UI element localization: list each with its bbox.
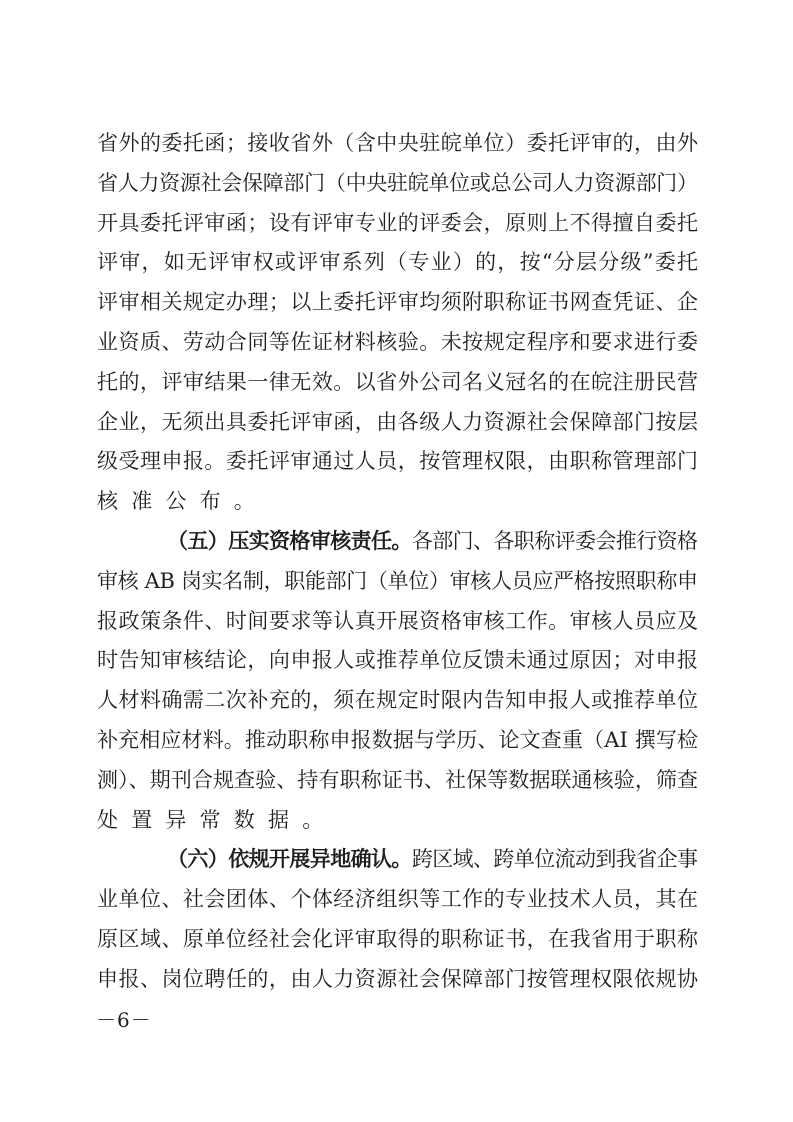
text-line: 开具委托评审函；设有评审专业的评委会，原则上不得擅自委托 bbox=[97, 204, 698, 244]
text-line: 级受理申报。委托评审通过人员，按管理权限，由职称管理部门 bbox=[97, 442, 698, 482]
text-line: 时告知审核结论，向申报人或推荐单位反馈未通过原因；对申报 bbox=[97, 641, 698, 681]
text-line: 托的，评审结果一律无效。以省外公司名义冠名的在皖注册民营 bbox=[97, 363, 698, 403]
section-6-first-line: （六）依规开展异地确认。跨区域、跨单位流动到我省企事 bbox=[97, 840, 698, 880]
text-line: 审核 AB 岗实名制，职能部门（单位）审核人员应严格按照职称申 bbox=[97, 562, 698, 602]
text-line: 原区域、原单位经社会化评审取得的职称证书，在我省用于职称 bbox=[97, 920, 698, 960]
section-5-text: 各部门、各职称评委会推行资格 bbox=[412, 529, 698, 553]
document-body: 省外的委托函；接收省外（含中央驻皖单位）委托评审的，由外 省人力资源社会保障部门… bbox=[97, 124, 698, 1000]
section-6-heading: （六）依规开展异地确认。 bbox=[167, 847, 412, 871]
section-5-heading: （五）压实资格审核责任。 bbox=[167, 529, 412, 553]
text-line: 省外的委托函；接收省外（含中央驻皖单位）委托评审的，由外 bbox=[97, 124, 698, 164]
text-line: 核准公布。 bbox=[97, 482, 698, 522]
section-5-first-line: （五）压实资格审核责任。各部门、各职称评委会推行资格 bbox=[97, 522, 698, 562]
page-number: －6－ bbox=[96, 1004, 152, 1033]
text-line: 测）、期刊合规查验、持有职称证书、社保等数据联通核验，筛查 bbox=[97, 761, 698, 801]
text-line: 申报、岗位聘任的，由人力资源社会保障部门按管理权限依规协 bbox=[97, 960, 698, 1000]
section-6-text: 跨区域、跨单位流动到我省企事 bbox=[412, 847, 698, 871]
document-page: 省外的委托函；接收省外（含中央驻皖单位）委托评审的，由外 省人力资源社会保障部门… bbox=[0, 0, 793, 1122]
text-line: 人材料确需二次补充的，须在规定时限内告知申报人或推荐单位 bbox=[97, 681, 698, 721]
text-line: 处置异常数据。 bbox=[97, 801, 698, 841]
text-line: 评审相关规定办理；以上委托评审均须附职称证书网查凭证、企 bbox=[97, 283, 698, 323]
text-line: 企业，无须出具委托评审函，由各级人力资源社会保障部门按层 bbox=[97, 403, 698, 443]
text-line: 补充相应材料。推动职称申报数据与学历、论文查重（AI 撰写检 bbox=[97, 721, 698, 761]
text-line: 业单位、社会团体、个体经济组织等工作的专业技术人员，其在 bbox=[97, 880, 698, 920]
text-line: 省人力资源社会保障部门（中央驻皖单位或总公司人力资源部门） bbox=[97, 164, 698, 204]
text-line: 评审，如无评审权或评审系列（专业）的，按“分层分级”委托 bbox=[97, 243, 698, 283]
text-line: 业资质、劳动合同等佐证材料核验。未按规定程序和要求进行委 bbox=[97, 323, 698, 363]
text-line: 报政策条件、时间要求等认真开展资格审核工作。审核人员应及 bbox=[97, 602, 698, 642]
